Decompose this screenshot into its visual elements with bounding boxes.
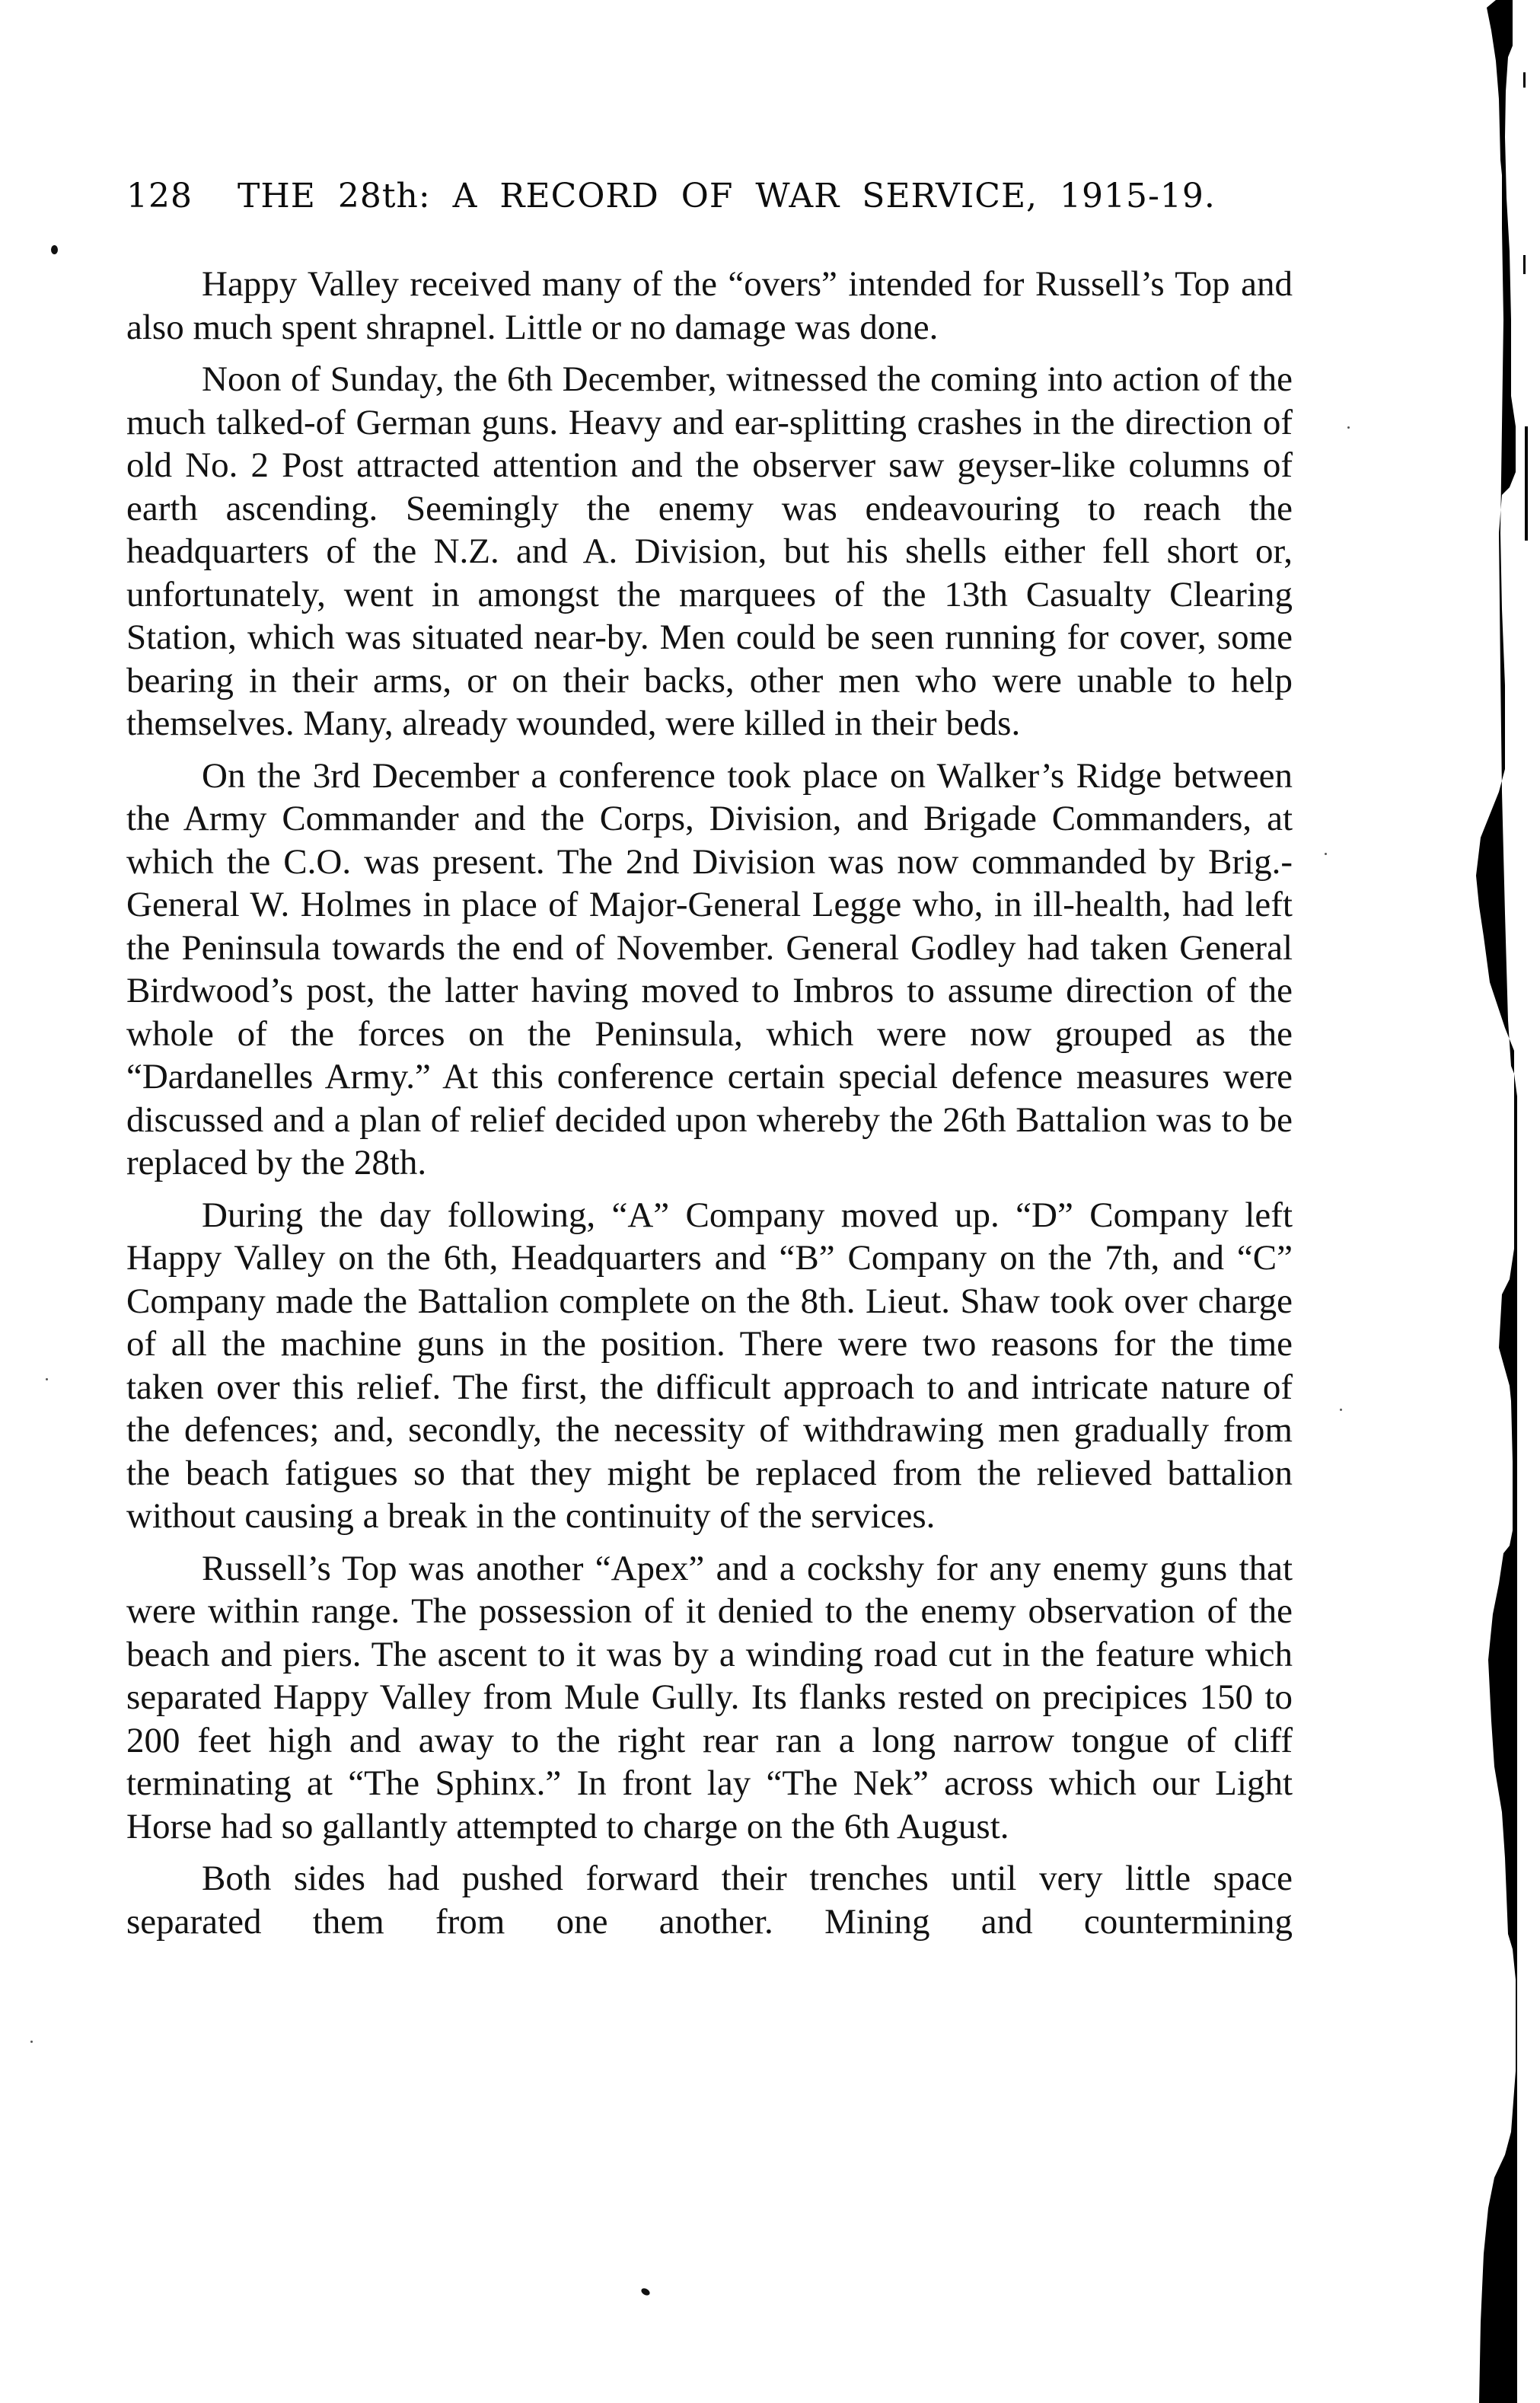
running-head-title: THE 28th: A RECORD OF WAR SERVICE, 1915-… [238, 177, 1216, 215]
running-head: 128THE 28th: A RECORD OF WAR SERVICE, 19… [126, 177, 1299, 222]
paragraph: Russell’s Top was another “Apex” and a c… [126, 1547, 1293, 1849]
scan-speck [30, 2041, 33, 2043]
page-number: 128 [126, 177, 238, 215]
paragraph: Noon of Sunday, the 6th December, witnes… [126, 358, 1293, 745]
scan-speck [1347, 426, 1350, 429]
ink-spot [51, 245, 58, 254]
body-text: Happy Valley received many of the “overs… [126, 263, 1293, 1943]
paragraph: Happy Valley received many of the “overs… [126, 263, 1293, 349]
binding-shadow [1426, 0, 1540, 2403]
book-page: 128THE 28th: A RECORD OF WAR SERVICE, 19… [0, 0, 1540, 2403]
paragraph: On the 3rd December a conference took pl… [126, 755, 1293, 1185]
scan-speck [1325, 853, 1327, 855]
scan-speck [46, 1378, 48, 1380]
scan-speck [1340, 1409, 1342, 1411]
paragraph: During the day following, “A” Company mo… [126, 1194, 1293, 1538]
paragraph: Both sides had pushed forward their tren… [126, 1857, 1293, 1943]
ink-spot [640, 2287, 651, 2297]
